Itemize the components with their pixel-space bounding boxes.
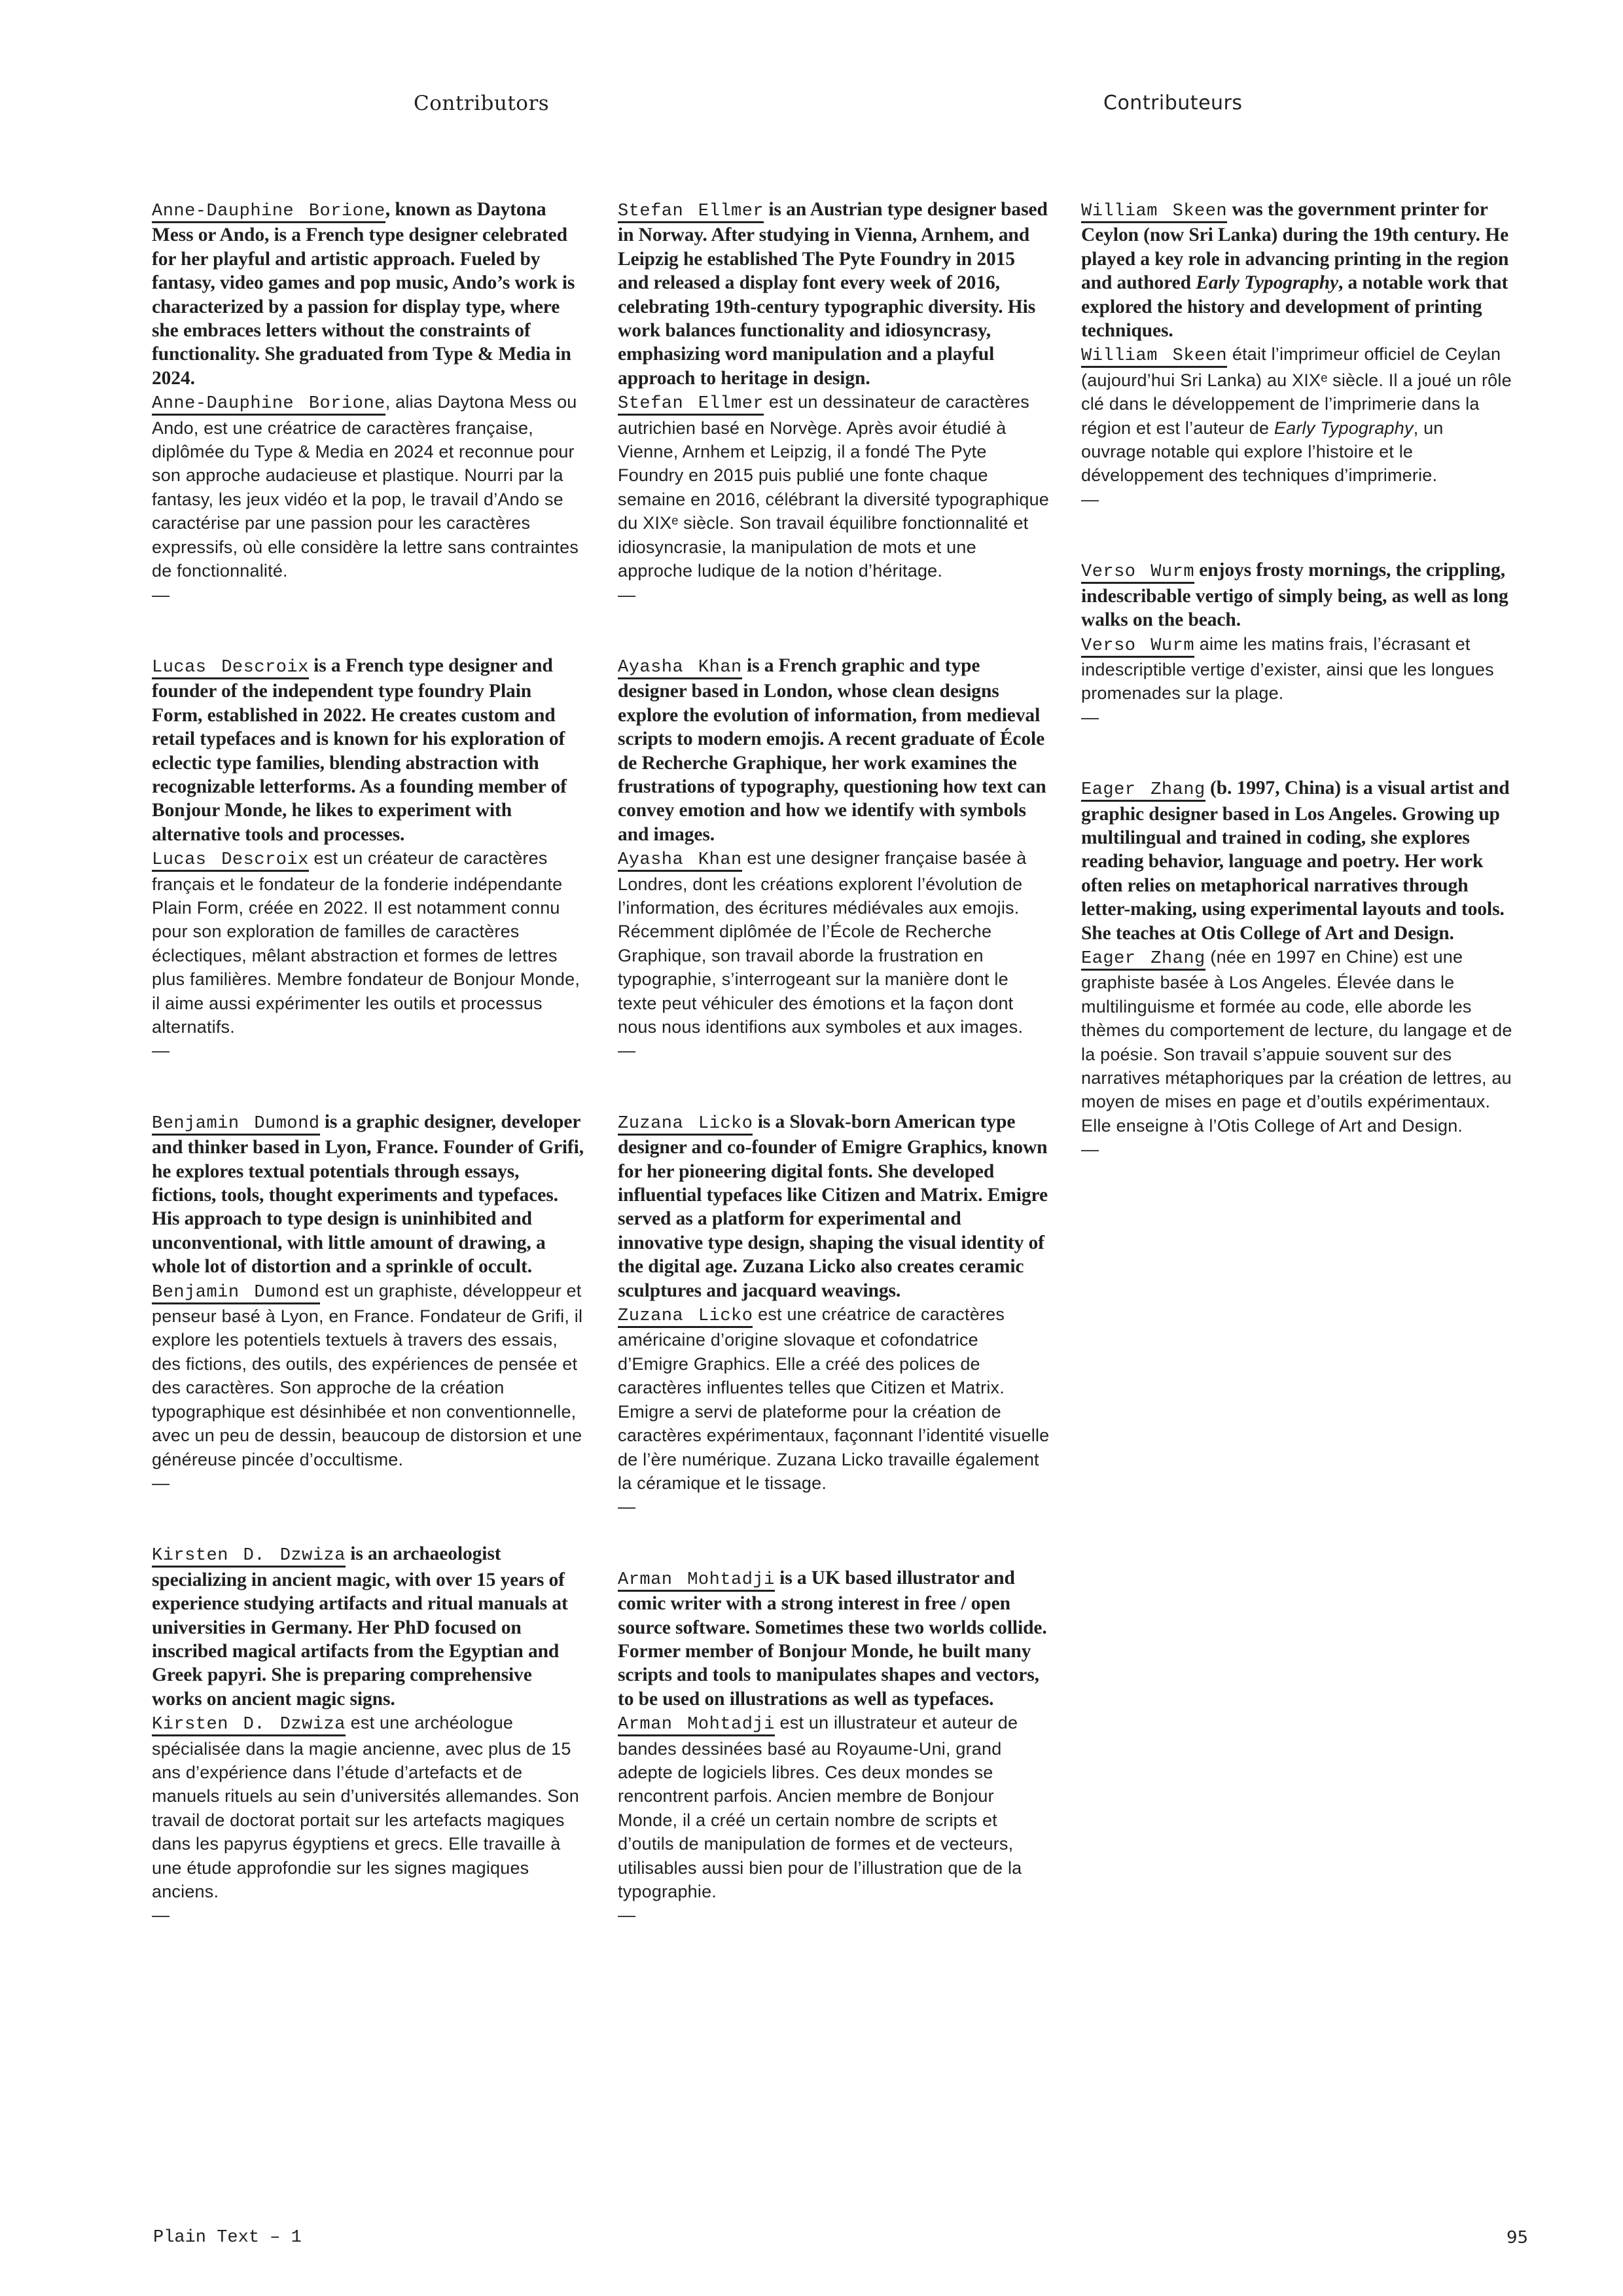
page-title-english: Contributors [414, 92, 549, 115]
bio-french: Verso Wurm aime les matins frais, l’écra… [1081, 632, 1513, 706]
contributor-name[interactable]: Anne-Dauphine Borione [152, 202, 385, 223]
column-1: Anne-Dauphine Borione, known as Daytona … [152, 198, 584, 1975]
contributor-name[interactable]: Zuzana Licko [618, 1306, 753, 1328]
bio-english: Ayasha Khan is a French graphic and type… [618, 654, 1050, 846]
contributor-name[interactable]: Benjamin Dumond [152, 1114, 320, 1136]
entry-separator: — [1081, 706, 1513, 729]
book-title: Early Typography [1196, 272, 1338, 293]
contributor-entry: Lucas Descroix is a French type designer… [152, 654, 584, 1063]
page-number: 95 [1507, 2228, 1528, 2248]
entry-separator: — [152, 1903, 584, 1927]
contributor-name[interactable]: Benjamin Dumond [152, 1283, 320, 1304]
contributor-entry: Zuzana Licko is a Slovak-born American t… [618, 1110, 1050, 1519]
contributor-name[interactable]: William Skeen [1081, 346, 1227, 368]
bio-english: Benjamin Dumond is a graphic designer, d… [152, 1110, 584, 1279]
bio-english: Lucas Descroix is a French type designer… [152, 654, 584, 846]
bio-french: Ayasha Khan est une designer française b… [618, 846, 1050, 1039]
contributor-name[interactable]: Ayasha Khan [618, 850, 742, 872]
bio-english: Zuzana Licko is a Slovak-born American t… [618, 1110, 1050, 1302]
bio-french: Kirsten D. Dzwiza est une archéologue sp… [152, 1711, 584, 1903]
bio-french: Lucas Descroix est un créateur de caract… [152, 846, 584, 1039]
contributor-name[interactable]: Arman Mohtadji [618, 1715, 775, 1736]
publication-title: Plain Text – 1 [153, 2228, 302, 2248]
bio-french: Benjamin Dumond est un graphiste, dévelo… [152, 1279, 584, 1471]
bio-french: William Skeen était l’imprimeur officiel… [1081, 342, 1513, 487]
contributor-entry: Benjamin Dumond is a graphic designer, d… [152, 1110, 584, 1496]
bio-english: Arman Mohtadji is a UK based illustrator… [618, 1566, 1050, 1711]
bio-english: Verso Wurm enjoys frosty mornings, the c… [1081, 558, 1513, 632]
contributor-name[interactable]: William Skeen [1081, 202, 1227, 223]
contributor-name[interactable]: Verso Wurm [1081, 636, 1194, 658]
contributor-name[interactable]: Eager Zhang [1081, 780, 1205, 802]
contributor-name[interactable]: Lucas Descroix [152, 658, 309, 679]
bio-french: Arman Mohtadji est un illustrateur et au… [618, 1711, 1050, 1903]
entry-separator: — [152, 583, 584, 607]
contributor-name[interactable]: Stefan Ellmer [618, 394, 764, 416]
entry-separator: — [618, 1495, 1050, 1518]
bio-french: Stefan Ellmer est un dessinateur de cara… [618, 390, 1050, 583]
contributor-name[interactable]: Anne-Dauphine Borione [152, 394, 385, 416]
entry-separator: — [152, 1039, 584, 1062]
contributor-entry: Ayasha Khan is a French graphic and type… [618, 654, 1050, 1063]
contributor-name[interactable]: Verso Wurm [1081, 562, 1194, 584]
contributor-name[interactable]: Arman Mohtadji [618, 1570, 775, 1592]
column-3: William Skeen was the government printer… [1081, 198, 1513, 1209]
entry-separator: — [152, 1471, 584, 1495]
contributor-entry: William Skeen was the government printer… [1081, 198, 1513, 511]
contributor-name[interactable]: Zuzana Licko [618, 1114, 753, 1136]
bio-english: Eager Zhang (b. 1997, China) is a visual… [1081, 776, 1513, 945]
contributor-entry: Stefan Ellmer is an Austrian type design… [618, 198, 1050, 607]
entry-separator: — [618, 1903, 1050, 1927]
entry-separator: — [1081, 488, 1513, 511]
page-title-french: Contributeurs [1103, 92, 1243, 115]
column-2: Stefan Ellmer is an Austrian type design… [618, 198, 1050, 1975]
contributor-name[interactable]: Ayasha Khan [618, 658, 742, 679]
contributor-name[interactable]: Kirsten D. Dzwiza [152, 1715, 346, 1736]
bio-french: Zuzana Licko est une créatrice de caract… [618, 1302, 1050, 1495]
bio-french: Anne-Dauphine Borione, alias Daytona Mes… [152, 390, 584, 583]
entry-separator: — [618, 1039, 1050, 1062]
contributor-entry: Kirsten D. Dzwiza is an archaeologist sp… [152, 1542, 584, 1928]
contributor-name[interactable]: Lucas Descroix [152, 850, 309, 872]
bio-english: Stefan Ellmer is an Austrian type design… [618, 198, 1050, 390]
contributor-entry: Verso Wurm enjoys frosty mornings, the c… [1081, 558, 1513, 729]
entry-separator: — [1081, 1138, 1513, 1161]
bio-english: Kirsten D. Dzwiza is an archaeologist sp… [152, 1542, 584, 1711]
bio-english: Anne-Dauphine Borione, known as Daytona … [152, 198, 584, 390]
contributor-name[interactable]: Eager Zhang [1081, 949, 1205, 971]
contributor-name[interactable]: Stefan Ellmer [618, 202, 764, 223]
bio-french: Eager Zhang (née en 1997 en Chine) est u… [1081, 945, 1513, 1138]
bio-english: William Skeen was the government printer… [1081, 198, 1513, 342]
contributor-name[interactable]: Kirsten D. Dzwiza [152, 1546, 346, 1568]
contributor-entry: Eager Zhang (b. 1997, China) is a visual… [1081, 776, 1513, 1162]
contributor-entry: Arman Mohtadji is a UK based illustrator… [618, 1566, 1050, 1928]
entry-separator: — [618, 583, 1050, 607]
book-title: Early Typography [1274, 418, 1414, 438]
contributor-entry: Anne-Dauphine Borione, known as Daytona … [152, 198, 584, 607]
